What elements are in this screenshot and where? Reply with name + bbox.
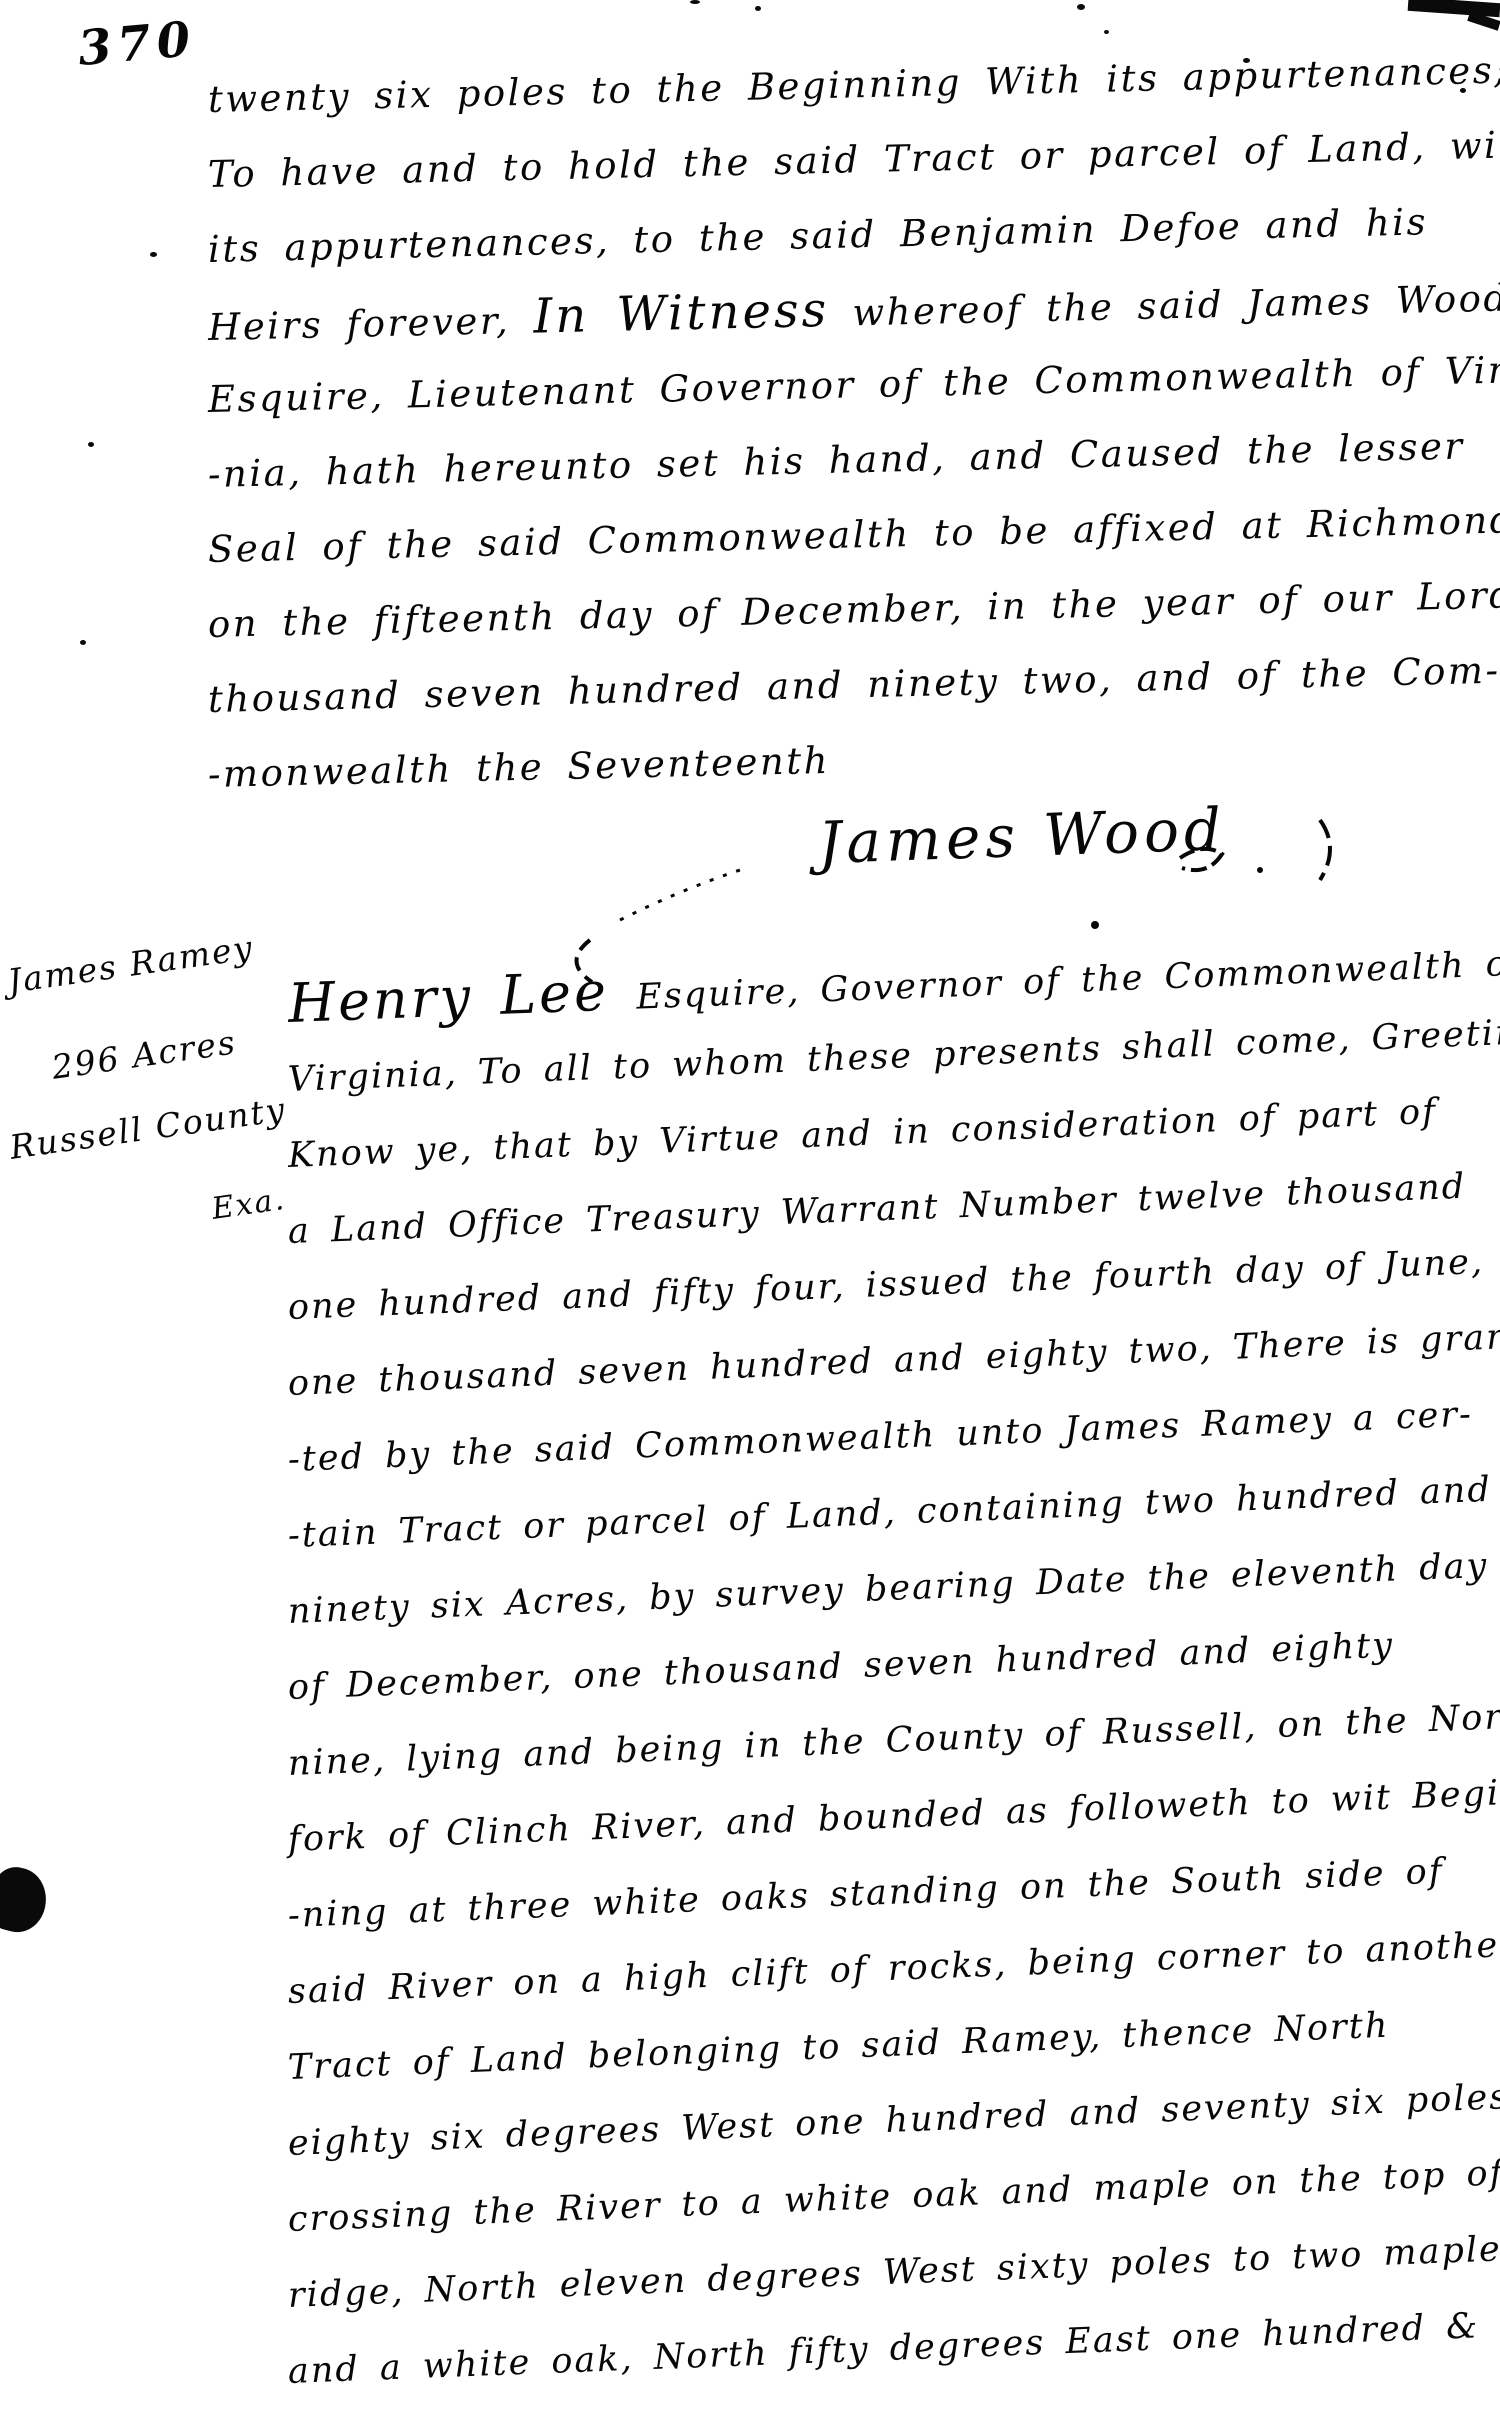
- scan-streak: [1408, 0, 1500, 17]
- ink-speck: [690, 0, 700, 4]
- margin-note-acreage: 296 Acres: [49, 1022, 239, 1087]
- in-witness-emphasis: In Witness: [533, 282, 830, 345]
- page-number: 370: [76, 11, 199, 77]
- ink-speck: [755, 6, 761, 11]
- margin-note-county: Russell County: [7, 1089, 288, 1166]
- ink-speck: [150, 252, 157, 257]
- ink-speck: [1077, 4, 1085, 10]
- ink-speck: [80, 640, 86, 645]
- document-page: 370 twenty six poles to the Beginning Wi…: [0, 0, 1500, 2430]
- ink-speck: [1104, 30, 1109, 34]
- deed-james-ramey: Henry Lee Esquire, Governor of the Commo…: [288, 966, 1486, 2410]
- deed-benjamin-defoe: twenty six poles to the Beginning With i…: [208, 62, 1493, 812]
- deed-text-segment: Heirs forever,: [208, 299, 534, 349]
- ink-blob: [0, 1862, 53, 1938]
- margin-note-examined: Exa.: [210, 1182, 288, 1227]
- deed-text-segment: whereof the said James Wood: [829, 276, 1500, 334]
- ink-speck: [88, 442, 94, 447]
- margin-note-grantee: James Ramey: [5, 928, 256, 1001]
- henry-lee-emphasis: Henry Lee: [287, 959, 637, 1035]
